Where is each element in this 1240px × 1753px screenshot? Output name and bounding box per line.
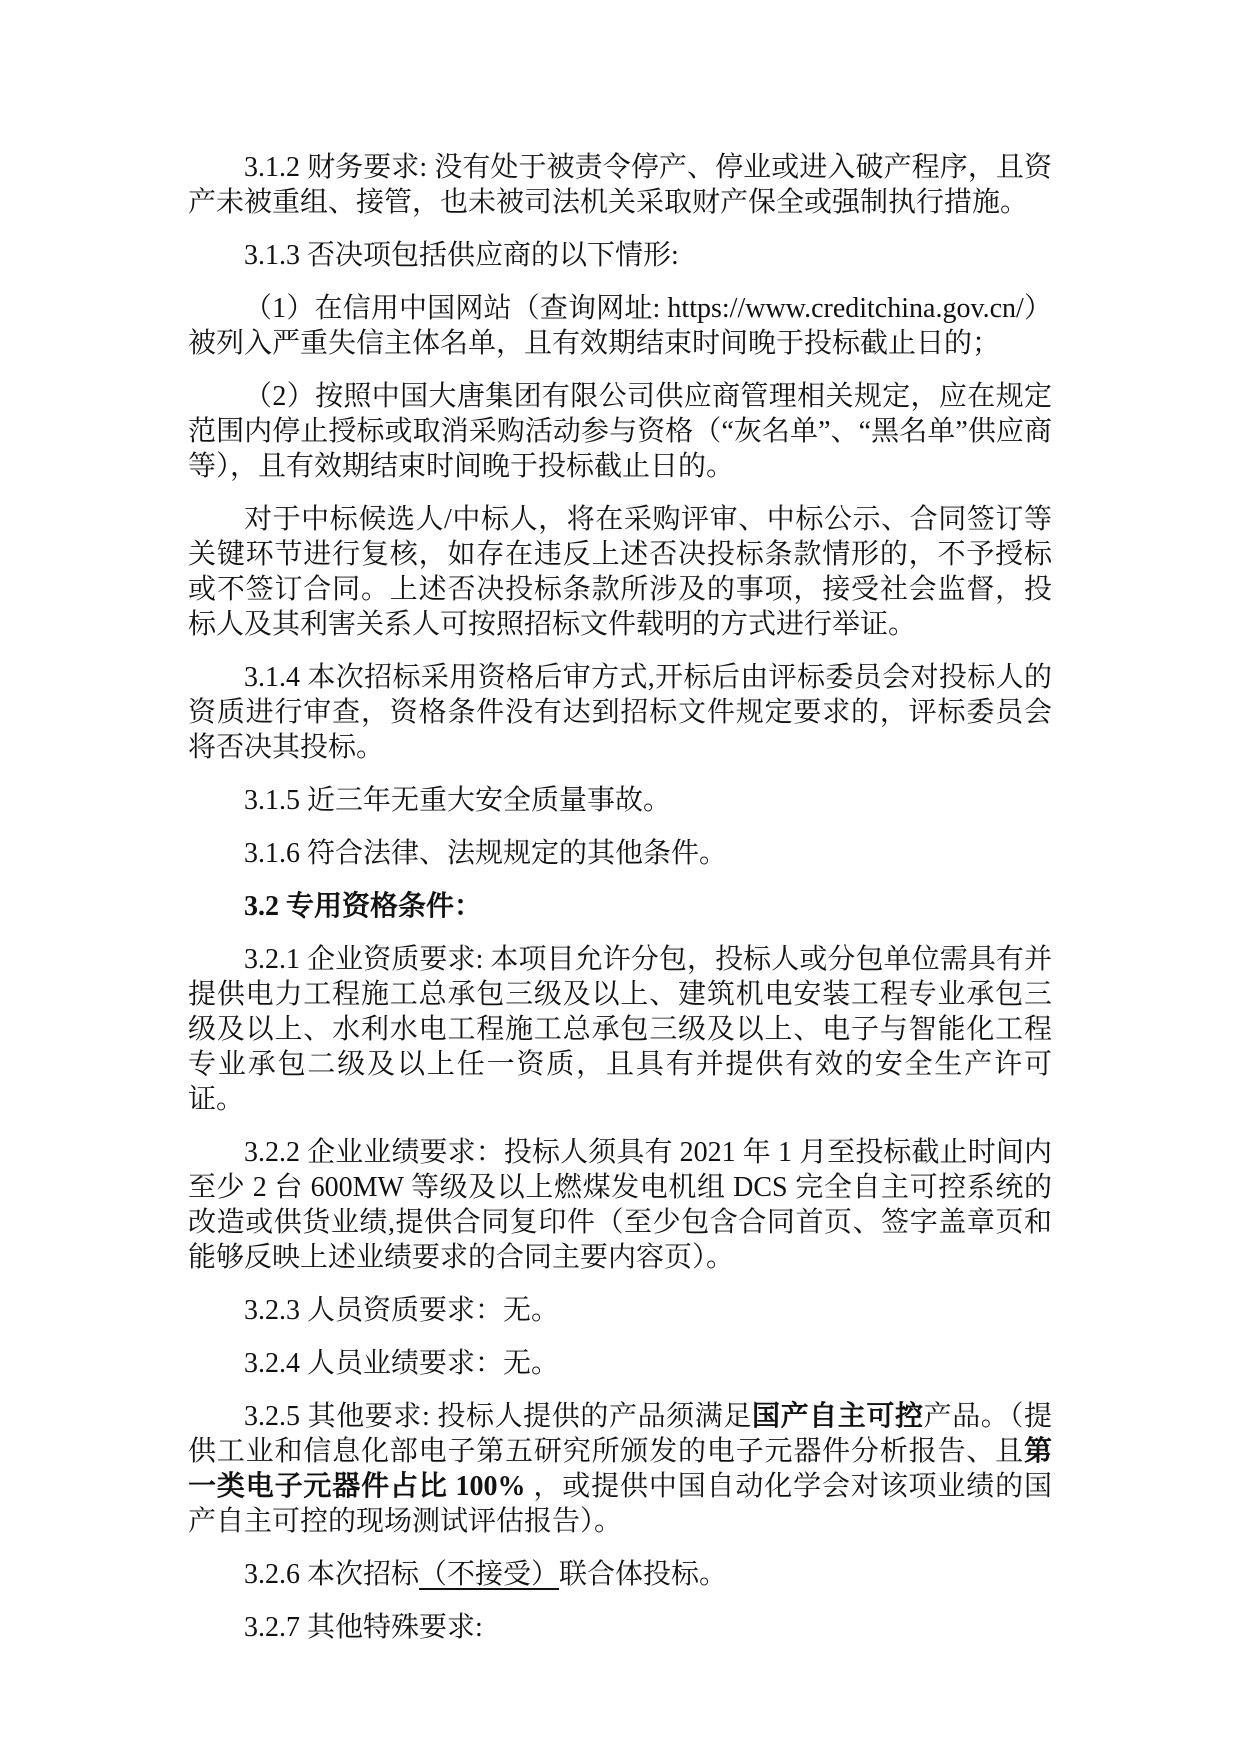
document-page: 3.1.2 财务要求: 没有处于被责令停产、停业或进入破产程序，且资产未被重组、…: [0, 0, 1240, 1753]
text-run: 联合体投标。: [559, 1559, 727, 1590]
underlined-text-run: （不接受）: [419, 1559, 559, 1590]
text-run: 3.2.6 本次招标: [244, 1559, 419, 1590]
paragraph-3-1-4: 3.1.4 本次招标采用资格后审方式,开标后由评标委员会对投标人的资质进行审查，…: [188, 660, 1052, 765]
paragraph-3-2-7: 3.2.7 其他特殊要求:: [188, 1610, 1052, 1645]
paragraph-3-1-3-item-2: （2）按照中国大唐集团有限公司供应商管理相关规定，应在规定范围内停止授标或取消采…: [188, 379, 1052, 484]
paragraph-3-2-1: 3.2.1 企业资质要求: 本项目允许分包，投标人或分包单位需具有并提供电力工程…: [188, 942, 1052, 1117]
paragraph-3-2-6: 3.2.6 本次招标（不接受）联合体投标。: [188, 1557, 1052, 1592]
paragraph-3-2-5: 3.2.5 其他要求: 投标人提供的产品须满足国产自主可控产品。（提供工业和信息…: [188, 1399, 1052, 1539]
paragraph-3-1-6: 3.1.6 符合法律、法规规定的其他条件。: [188, 836, 1052, 871]
paragraph-3-1-2: 3.1.2 财务要求: 没有处于被责令停产、停业或进入破产程序，且资产未被重组、…: [188, 150, 1052, 220]
paragraph-3-1-3-item-1: （1）在信用中国网站（查询网址: https://www.creditchina…: [188, 291, 1052, 361]
paragraph-3-1-3: 3.1.3 否决项包括供应商的以下情形:: [188, 238, 1052, 273]
document-body: 3.1.2 财务要求: 没有处于被责令停产、停业或进入破产程序，且资产未被重组、…: [188, 150, 1052, 1645]
bold-text-run: 国产自主可控: [752, 1401, 924, 1432]
paragraph-3-2-4: 3.2.4 人员业绩要求：无。: [188, 1346, 1052, 1381]
text-run: 3.2.5 其他要求: 投标人提供的产品须满足: [244, 1401, 752, 1432]
paragraph-3-2-2: 3.2.2 企业业绩要求：投标人须具有 2021 年 1 月至投标截止时间内至少…: [188, 1135, 1052, 1275]
paragraph-3-2-3: 3.2.3 人员资质要求：无。: [188, 1293, 1052, 1328]
section-heading-3-2: 3.2 专用资格条件：: [188, 889, 1052, 924]
paragraph-3-1-5: 3.1.5 近三年无重大安全质量事故。: [188, 783, 1052, 818]
paragraph-review-note: 对于中标候选人/中标人，将在采购评审、中标公示、合同签订等关键环节进行复核，如存…: [188, 502, 1052, 642]
